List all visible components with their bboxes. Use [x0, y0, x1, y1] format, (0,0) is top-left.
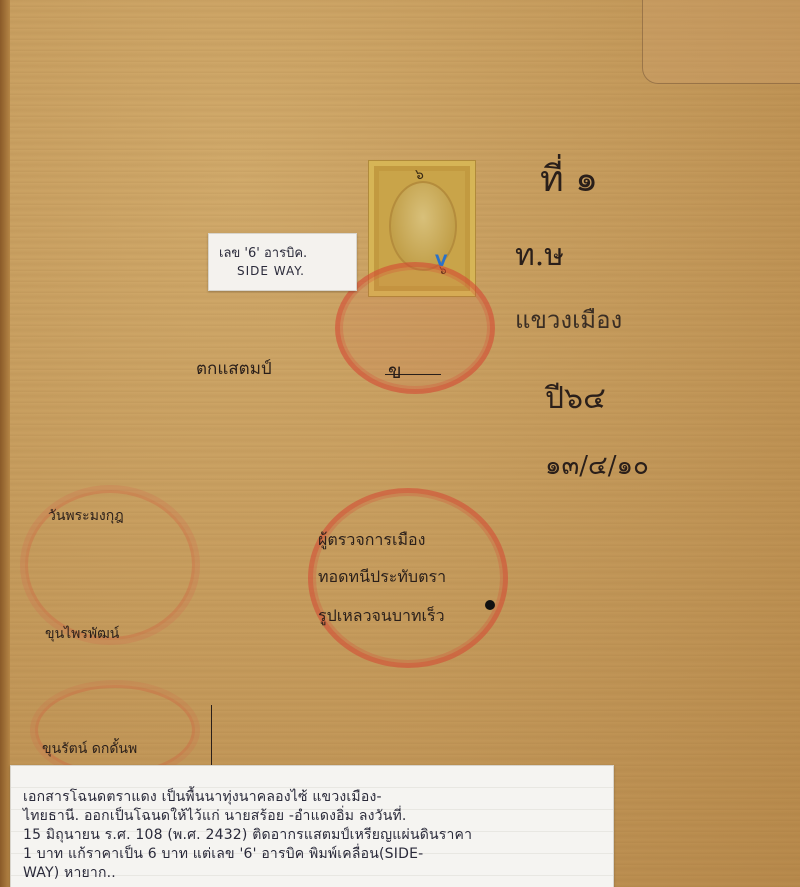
seal-text-line1: ผู้ตรวจการเมือง [318, 528, 425, 553]
handwriting-right-1: ที่ ๑ [540, 150, 598, 207]
handwriting-left-3: ขุนรัตน์ ดกดั้นพ [42, 738, 137, 760]
sideway-note-label: เลข '6' อารบิค. SIDE WAY. [208, 233, 357, 291]
handwriting-left-2: ขุนไพรพัฒน์ [45, 623, 119, 645]
handwriting-stamp-note: ตกแสตมป์ [196, 355, 272, 382]
handwriting-right-2: ท.ษ [515, 232, 564, 279]
handwriting-right-5: ๑๓/๔/๑๐ [545, 445, 649, 486]
description-label: เอกสารโฉนดตราแดง เป็นพื้นนาทุ่งนาคลองไซ้… [10, 765, 614, 887]
ink-blot [485, 600, 495, 610]
sideway-note-line1: เลข '6' อารบิค. [219, 242, 307, 263]
seal-signature: ข [388, 355, 402, 387]
pen-vertical-stroke [211, 705, 212, 765]
stamp-denomination: ๖ [415, 164, 424, 186]
description-line-5: WAY) หายาก.. [23, 862, 116, 884]
seal-text-line3: รูปเหลวจนบาทเร็ว [318, 604, 445, 629]
seal-text-line2: ทอดทนีประทับตรา [318, 565, 446, 590]
document-left-edge [0, 0, 10, 887]
sideway-note-line2: SIDE WAY. [237, 264, 305, 278]
paper-corner-patch [642, 0, 800, 84]
handwriting-left-1: วันพระมงกุฎ [48, 505, 124, 527]
handwriting-right-3: แขวงเมือง [515, 300, 622, 339]
signature-stroke [385, 374, 441, 375]
handwriting-right-4: ปี๖๔ [545, 375, 606, 422]
